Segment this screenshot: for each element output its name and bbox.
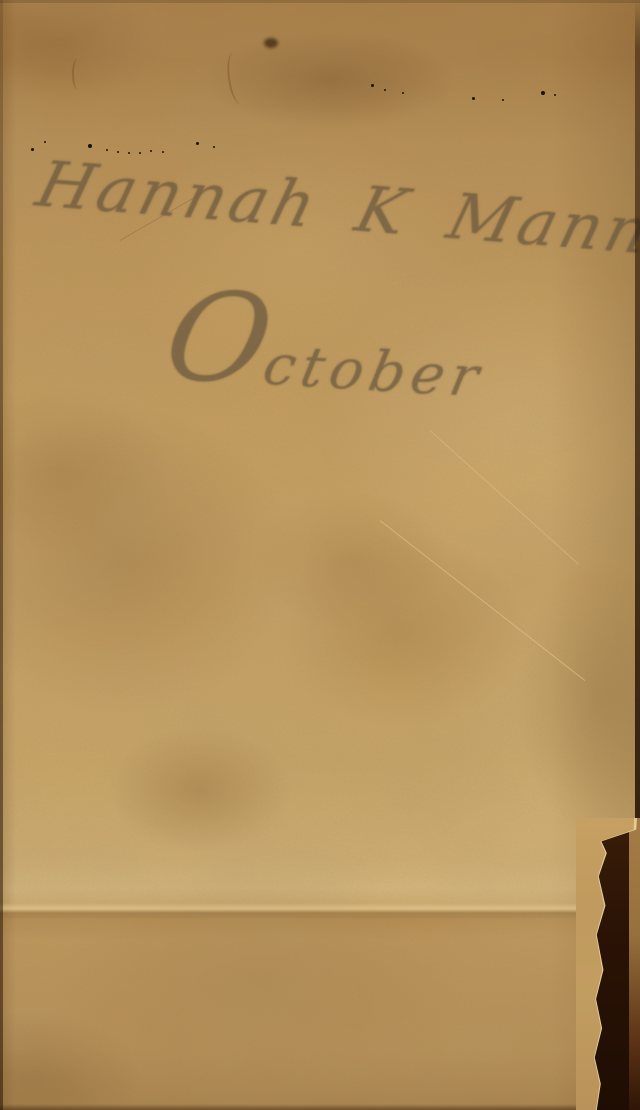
ink-speck bbox=[150, 150, 152, 152]
ink-speck bbox=[128, 152, 130, 154]
page-bottom-edge bbox=[0, 1104, 640, 1110]
ink-speck bbox=[139, 152, 141, 154]
book-endpaper-scan: Hannah K Mann October bbox=[0, 0, 640, 1110]
ink-speck bbox=[502, 99, 504, 101]
ink-speck bbox=[554, 94, 556, 96]
ink-speck bbox=[402, 92, 404, 94]
ink-speck bbox=[541, 91, 545, 95]
ink-speck bbox=[472, 97, 475, 100]
outer-torn-strip bbox=[629, 818, 640, 1110]
ink-speck bbox=[196, 142, 199, 145]
ink-speck bbox=[117, 151, 119, 153]
ink-speck bbox=[162, 151, 164, 153]
crease-arc bbox=[72, 58, 84, 90]
ink-speck bbox=[384, 89, 386, 91]
ink-speck bbox=[88, 144, 92, 148]
ink-speck bbox=[213, 146, 215, 148]
scratch-line bbox=[120, 195, 198, 241]
ink-speck bbox=[44, 141, 46, 143]
crease-arc bbox=[224, 51, 249, 105]
paper-grain-texture bbox=[0, 0, 640, 1110]
page-right-edge bbox=[635, 0, 640, 822]
ink-speck bbox=[31, 148, 34, 151]
ink-smudge bbox=[264, 38, 278, 48]
month-handwriting: October bbox=[157, 288, 498, 410]
ink-speck bbox=[371, 84, 374, 87]
page-top-edge bbox=[0, 0, 640, 3]
ink-speck bbox=[106, 149, 108, 151]
horizontal-crease bbox=[0, 903, 640, 919]
page-left-edge bbox=[0, 0, 3, 1110]
owner-name-handwriting: Hannah K Mann bbox=[29, 148, 640, 269]
torn-page-edge bbox=[576, 818, 640, 1110]
